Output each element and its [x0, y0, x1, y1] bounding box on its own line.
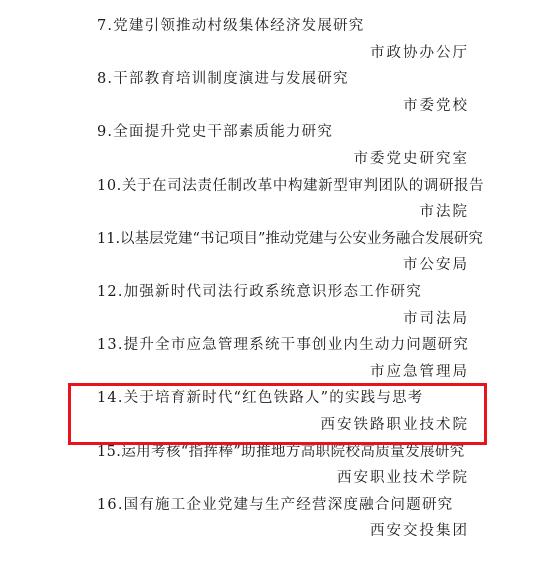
topic-organization: 市政协办公厅	[97, 40, 469, 67]
list-item-11: 11.以基层党建“书记项目”推动党建与公安业务融合发展研究 市公安局	[97, 226, 469, 279]
topic-title: 8.干部教育培训制度演进与发展研究	[97, 66, 469, 93]
topic-organization: 市委党校	[97, 93, 469, 120]
topic-organization: 西安交投集团	[97, 518, 469, 545]
topic-organization: 市司法局	[97, 306, 469, 333]
topic-organization: 市委党史研究室	[97, 146, 469, 173]
list-item-9: 9.全面提升党史干部素质能力研究 市委党史研究室	[97, 119, 469, 172]
list-item-10: 10.关于在司法责任制改革中构建新型审判团队的调研报告 市法院	[97, 173, 469, 226]
topic-organization: 市应急管理局	[97, 359, 469, 386]
topic-title: 16.国有施工企业党建与生产经营深度融合问题研究	[97, 492, 469, 519]
topic-organization: 市公安局	[97, 252, 469, 279]
topic-title: 14.关于培育新时代“红色铁路人”的实践与思考	[97, 385, 469, 412]
list-item-15: 15.运用考核“指挥棒”助推地方高职院校高质量发展研究 西安职业技术学院	[97, 439, 469, 492]
topic-title: 12.加强新时代司法行政系统意识形态工作研究	[97, 279, 469, 306]
list-item-13: 13.提升全市应急管理系统干事创业内生动力问题研究 市应急管理局	[97, 332, 469, 385]
topic-title: 13.提升全市应急管理系统干事创业内生动力问题研究	[97, 332, 469, 359]
topic-title: 15.运用考核“指挥棒”助推地方高职院校高质量发展研究	[97, 439, 469, 466]
list-item-12: 12.加强新时代司法行政系统意识形态工作研究 市司法局	[97, 279, 469, 332]
list-item-14-highlighted: 14.关于培育新时代“红色铁路人”的实践与思考 西安铁路职业技术院	[97, 385, 469, 438]
topic-title: 10.关于在司法责任制改革中构建新型审判团队的调研报告	[97, 173, 469, 200]
list-item-16: 16.国有施工企业党建与生产经营深度融合问题研究 西安交投集团	[97, 492, 469, 545]
topic-organization: 西安职业技术学院	[97, 465, 469, 492]
topic-title: 9.全面提升党史干部素质能力研究	[97, 119, 469, 146]
topic-title: 11.以基层党建“书记项目”推动党建与公安业务融合发展研究	[97, 226, 469, 253]
list-item-8: 8.干部教育培训制度演进与发展研究 市委党校	[97, 66, 469, 119]
list-item-7: 7.党建引领推动村级集体经济发展研究 市政协办公厅	[97, 13, 469, 66]
topic-title: 7.党建引领推动村级集体经济发展研究	[97, 13, 469, 40]
topic-organization: 西安铁路职业技术院	[97, 412, 469, 439]
topic-organization: 市法院	[97, 199, 469, 226]
research-topic-list: 7.党建引领推动村级集体经济发展研究 市政协办公厅 8.干部教育培训制度演进与发…	[97, 13, 469, 545]
